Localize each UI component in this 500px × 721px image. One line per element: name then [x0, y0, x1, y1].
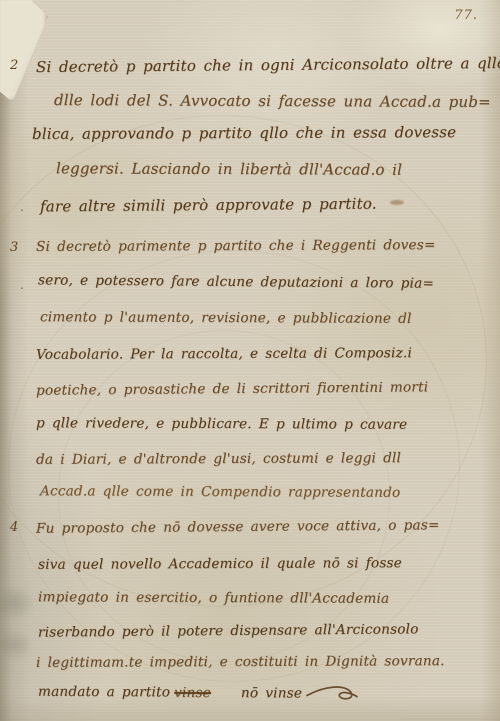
manuscript-line: leggersi. Lasciando in libertà dll'Accad… — [56, 159, 402, 179]
adjacent-page-corner — [0, 0, 48, 102]
manuscript-line: Si decretò parimente p partito che i Reg… — [36, 237, 436, 255]
manuscript-line: Vocabolario. Per la raccolta, e scelta d… — [36, 345, 412, 363]
manuscript-line: fare altre simili però approvate p parti… — [40, 195, 377, 216]
manuscript-line: Fu proposto che nō dovesse avere voce at… — [36, 517, 440, 537]
final-line-suffix: nō vinse — [241, 685, 302, 701]
paragraph-number-4: 4 — [10, 520, 30, 535]
page-number: 77. — [454, 8, 478, 23]
final-line-prefix: mandato a partito — [38, 684, 170, 701]
ink-blot — [390, 200, 404, 205]
manuscript-line: riserbando però il potere dispensare all… — [38, 621, 419, 640]
pen-flourish-icon — [306, 684, 358, 702]
manuscript-line: i legittimam.te impediti, e costituiti i… — [36, 653, 445, 671]
manuscript-line: Si decretò p partito che in ogni Arcicon… — [36, 54, 500, 76]
struck-word: vinse — [174, 684, 211, 700]
ink-smudge — [0, 586, 36, 620]
manuscript-line: dlle lodi del S. Avvocato si facesse una… — [54, 91, 491, 111]
manuscript-line: blica, approvando p partito qllo che in … — [32, 123, 456, 143]
margin-mark: . — [20, 200, 24, 214]
ink-smudge — [0, 630, 34, 660]
manuscript-final-line: mandato a partitovinsenō vinse — [38, 683, 358, 702]
manuscript-page: 77. 2 3 4 . . Si decretò p partito che i… — [0, 0, 500, 721]
manuscript-line: sero, e potessero fare alcune deputazion… — [38, 272, 434, 291]
manuscript-line: cimento p l'aumento, revisione, e pubbli… — [40, 309, 412, 327]
paragraph-number-3: 3 — [10, 240, 30, 255]
manuscript-line: poetiche, o prosastiche de li scrittori … — [36, 379, 428, 398]
manuscript-line: p qlle rivedere, e pubblicare. E p ultim… — [36, 415, 407, 433]
manuscript-line: impiegato in esercitio, o funtione dll'A… — [38, 589, 389, 607]
manuscript-line: Accad.a qlle come in Compendio rappresen… — [40, 483, 400, 501]
paragraph-number-2: 2 — [10, 58, 30, 73]
manuscript-line: siva quel novello Accademico il quale nō… — [38, 555, 402, 573]
manuscript-line: da i Diari, e d'altronde gl'usi, costumi… — [36, 450, 401, 468]
margin-mark: . — [20, 278, 24, 292]
